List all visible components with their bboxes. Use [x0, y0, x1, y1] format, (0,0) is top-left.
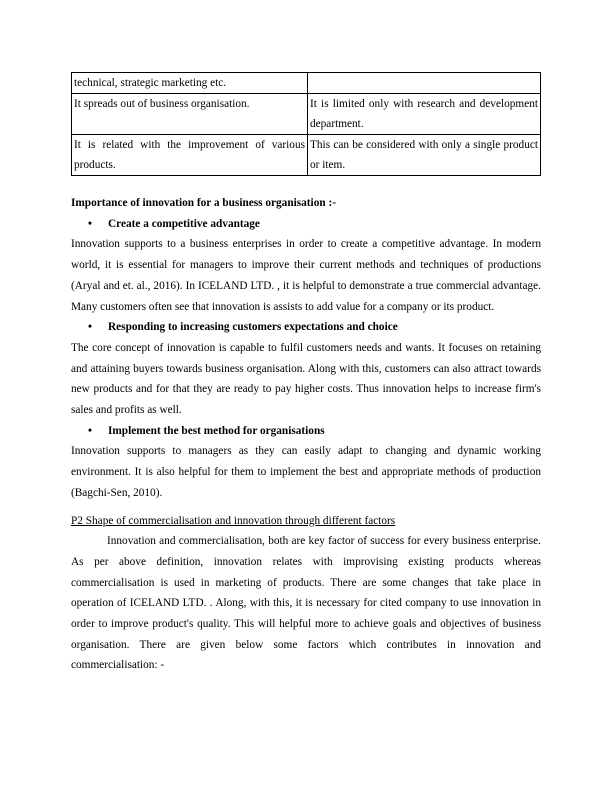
- bullet-item-competitive-advantage: • Create a competitive advantage: [71, 214, 541, 235]
- bullet-icon: •: [88, 421, 92, 442]
- document-page: technical, strategic marketing etc. It s…: [71, 72, 541, 676]
- section-heading-p2: P2 Shape of commercialisation and innova…: [71, 511, 541, 532]
- bullet-title: Responding to increasing customers expec…: [108, 321, 398, 333]
- paragraph-customer-expectations: The core concept of innovation is capabl…: [71, 338, 541, 421]
- bullet-item-best-method: • Implement the best method for organisa…: [71, 421, 541, 442]
- table-cell: It is related with the improvement of va…: [72, 135, 308, 176]
- table-cell: This can be considered with only a singl…: [308, 135, 541, 176]
- paragraph-p2: Innovation and commercialisation, both a…: [71, 531, 541, 676]
- comparison-table: technical, strategic marketing etc. It s…: [71, 72, 541, 176]
- paragraph-best-method: Innovation supports to managers as they …: [71, 441, 541, 503]
- table-row: It is related with the improvement of va…: [72, 135, 541, 176]
- table-cell: technical, strategic marketing etc.: [72, 73, 308, 94]
- bullet-title: Create a competitive advantage: [108, 218, 260, 230]
- bullet-icon: •: [88, 317, 92, 338]
- bullet-item-customer-expectations: • Responding to increasing customers exp…: [71, 317, 541, 338]
- table-cell: It is limited only with research and dev…: [308, 94, 541, 135]
- table-cell: It spreads out of business organisation.: [72, 94, 308, 135]
- bullet-icon: •: [88, 214, 92, 235]
- table-row: It spreads out of business organisation.…: [72, 94, 541, 135]
- bullet-title: Implement the best method for organisati…: [108, 425, 325, 437]
- section-heading-importance: Importance of innovation for a business …: [71, 193, 541, 214]
- table-row: technical, strategic marketing etc.: [72, 73, 541, 94]
- paragraph-competitive-advantage: Innovation supports to a business enterp…: [71, 234, 541, 317]
- table-cell: [308, 73, 541, 94]
